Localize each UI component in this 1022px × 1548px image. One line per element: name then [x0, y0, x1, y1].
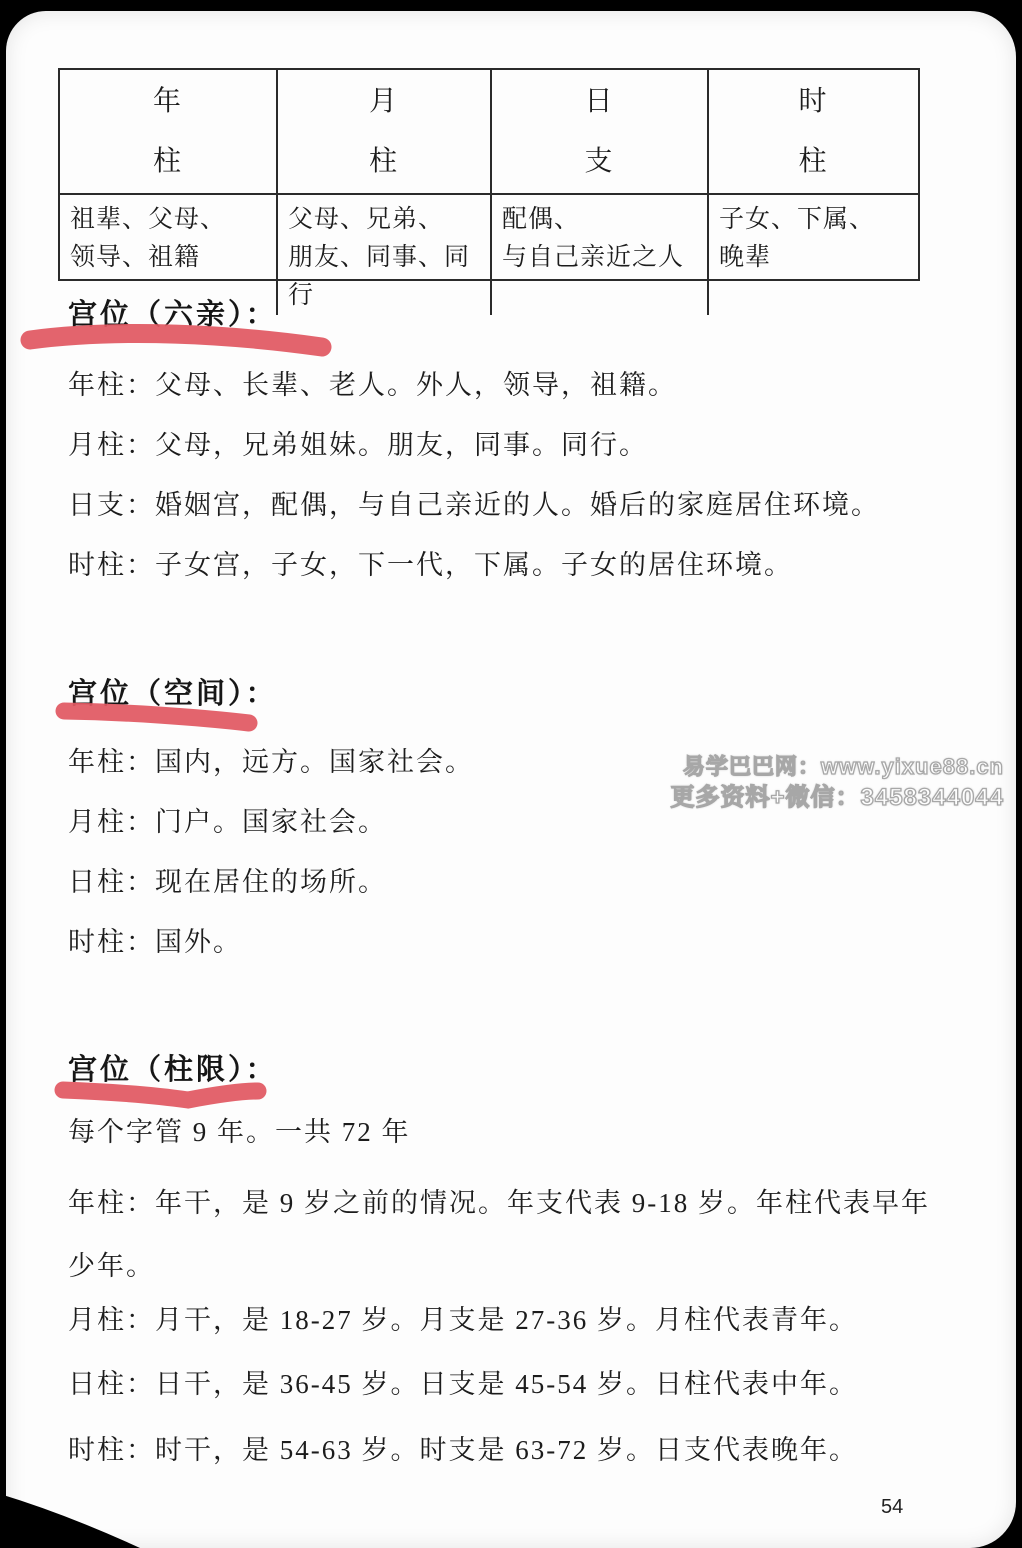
header-text: 支	[584, 132, 614, 192]
section3-line-year: 年柱：年干，是 9 岁之前的情况。年支代表 9-18 岁。年柱代表早年少年。	[68, 1172, 930, 1298]
photo-frame: 年 柱 月 柱 日 支 时 柱 祖辈、父母、 领导、祖籍 父母、兄弟、 朋友、同…	[0, 0, 1022, 1548]
document-page: 年 柱 月 柱 日 支 时 柱 祖辈、父母、 领导、祖籍 父母、兄弟、 朋友、同…	[6, 11, 1016, 1548]
header-text: 柱	[798, 132, 828, 192]
header-text: 日	[584, 72, 614, 132]
header-text: 时	[798, 72, 828, 132]
watermark: 易学巴巴网：www.yixue88.cn 更多资料+微信：3458344044	[671, 751, 1005, 813]
section1-line-year: 年柱：父母、长辈、老人。外人，领导，祖籍。	[68, 363, 677, 402]
cell-text: 配偶、	[502, 201, 707, 239]
watermark-site: 易学巴巴网：www.yixue88.cn	[671, 751, 1005, 782]
section-heading-space: 宫位（空间）：	[68, 671, 278, 712]
header-text: 柱	[153, 132, 183, 192]
cell-text: 与自己亲近之人	[502, 239, 707, 277]
section3-line-month: 月柱：月干，是 18-27 岁。月支是 27-36 岁。月柱代表青年。	[68, 1298, 858, 1337]
cell-text: 祖辈、父母、	[70, 201, 276, 239]
table-cell-day-branch: 配偶、 与自己亲近之人	[492, 195, 709, 315]
watermark-wechat: 更多资料+微信：3458344044	[671, 782, 1005, 813]
cell-text: 朋友、同事、同行	[288, 239, 490, 315]
section3-line-hour: 时柱：时干，是 54-63 岁。时支是 63-72 岁。日支代表晚年。	[68, 1428, 858, 1467]
table-cell-hour-pillar: 子女、下属、 晚辈	[709, 195, 918, 315]
cell-text: 子女、下属、	[719, 201, 918, 239]
header-text: 年	[153, 72, 183, 132]
section2-line-month: 月柱：门户。国家社会。	[68, 800, 387, 839]
table-header-year-pillar: 年 柱	[60, 70, 278, 195]
section-heading-six-relations: 宫位（六亲）：	[68, 292, 278, 333]
section3-intro: 每个字管 9 年。一共 72 年	[68, 1110, 411, 1149]
cell-text: 晚辈	[719, 239, 918, 277]
table-header-hour-pillar: 时 柱	[709, 70, 918, 195]
table-header-day-branch: 日 支	[492, 70, 709, 195]
four-pillars-table: 年 柱 月 柱 日 支 时 柱 祖辈、父母、 领导、祖籍 父母、兄弟、 朋友、同…	[58, 68, 920, 281]
cell-text: 领导、祖籍	[70, 239, 276, 277]
section1-line-day: 日支：婚姻宫，配偶，与自己亲近的人。婚后的家庭居住环境。	[68, 483, 880, 522]
section-heading-pillar-limits: 宫位（柱限）：	[68, 1047, 278, 1088]
section2-line-hour: 时柱：国外。	[68, 920, 242, 959]
table-header-month-pillar: 月 柱	[278, 70, 492, 195]
section1-line-month: 月柱：父母，兄弟姐妹。朋友，同事。同行。	[68, 423, 648, 462]
cell-text: 父母、兄弟、	[288, 201, 490, 239]
section2-line-year: 年柱：国内，远方。国家社会。	[68, 740, 474, 779]
section2-line-day: 日柱：现在居住的场所。	[68, 860, 387, 899]
header-text: 柱	[369, 132, 399, 192]
table-cell-month-pillar: 父母、兄弟、 朋友、同事、同行	[278, 195, 492, 315]
section3-line-day: 日柱：日干，是 36-45 岁。日支是 45-54 岁。日柱代表中年。	[68, 1362, 858, 1401]
section1-line-hour: 时柱：子女宫，子女，下一代，下属。子女的居住环境。	[68, 543, 793, 582]
page-number: 54	[881, 1496, 903, 1519]
header-text: 月	[369, 72, 399, 132]
